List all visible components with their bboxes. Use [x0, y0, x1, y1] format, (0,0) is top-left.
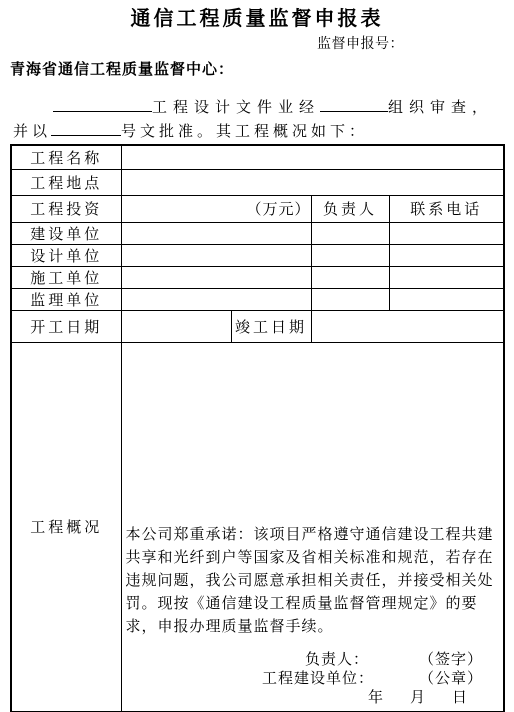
sign-unit-note: （公章） — [419, 671, 483, 687]
table-row: 监理单位 — [11, 288, 504, 310]
project-name-label: 工程名称 — [11, 145, 121, 169]
construct-unit-label: 施工单位 — [11, 266, 121, 288]
build-unit-person-cell[interactable] — [311, 222, 389, 244]
start-date-value-cell[interactable] — [121, 310, 231, 342]
supervise-unit-person-cell[interactable] — [311, 288, 389, 310]
report-number-line: 监督申报号： — [317, 37, 514, 53]
signature-unit-line: 工程建设单位：（公章） — [122, 670, 484, 689]
approval-doc-no-blank[interactable] — [51, 121, 121, 136]
intro-line2-text1: 并以 — [13, 124, 51, 140]
table-row: 施工单位 — [11, 266, 504, 288]
table-row: 工程地点 — [11, 169, 504, 195]
design-unit-value-cell[interactable] — [121, 244, 311, 266]
design-file-blank[interactable] — [53, 97, 152, 112]
build-unit-phone-cell[interactable] — [389, 222, 504, 244]
promise-paragraph: 本公司郑重承诺：该项目严格遵守通信建设工程共建共享和光纤到户等国家及省相关标准和… — [126, 524, 498, 639]
table-row: 工程投资 （万元） 负责人 联系电话 — [11, 195, 504, 222]
finish-date-value-cell[interactable] — [311, 310, 504, 342]
investment-value-cell[interactable]: （万元） — [121, 195, 311, 222]
declaration-form-table: 工程名称 工程地点 工程投资 （万元） 负责人 联系电话 建设单位 设计单位 施… — [10, 144, 505, 712]
construct-unit-person-cell[interactable] — [311, 266, 389, 288]
supervise-unit-label: 监理单位 — [11, 288, 121, 310]
table-row: 设计单位 — [11, 244, 504, 266]
build-unit-label: 建设单位 — [11, 222, 121, 244]
finish-date-label: 竣工日期 — [231, 310, 311, 342]
investment-unit-label: （万元） — [246, 202, 310, 218]
overview-empty-space — [122, 343, 504, 524]
design-unit-phone-cell[interactable] — [389, 244, 504, 266]
project-site-value-cell[interactable] — [121, 169, 504, 195]
page-title: 通信工程质量监督申报表 — [0, 8, 514, 30]
project-name-value-cell[interactable] — [121, 145, 504, 169]
overview-content-cell[interactable]: 本公司郑重承诺：该项目严格遵守通信建设工程共建共享和光纤到户等国家及省相关标准和… — [121, 342, 504, 712]
table-row: 工程概况 本公司郑重承诺：该项目严格遵守通信建设工程共建共享和光纤到户等国家及省… — [11, 342, 504, 712]
document-page: 通信工程质量监督申报表 监督申报号： 青海省通信工程质量监督中心： 工程设计文件… — [0, 0, 514, 712]
overview-label: 工程概况 — [11, 342, 121, 712]
investment-label: 工程投资 — [11, 195, 121, 222]
construct-unit-phone-cell[interactable] — [389, 266, 504, 288]
project-site-label: 工程地点 — [11, 169, 121, 195]
intro-line-2: 并以号文批准。其工程概况如下： — [10, 121, 504, 142]
start-date-label: 开工日期 — [11, 310, 121, 342]
report-number-label: 监督申报号： — [317, 37, 404, 52]
signature-person-line: 负责人：（签字） — [122, 651, 484, 670]
addressee-line: 青海省通信工程质量监督中心： — [10, 62, 514, 79]
intro-line1-text1: 工程设计文件业经 — [152, 100, 320, 116]
sign-person-note: （签字） — [419, 652, 483, 668]
sign-person-label: 负责人： — [305, 652, 369, 668]
design-unit-label: 设计单位 — [11, 244, 121, 266]
date-month-label: 月 — [410, 690, 426, 706]
construct-unit-value-cell[interactable] — [121, 266, 311, 288]
sign-unit-label: 工程建设单位： — [262, 671, 374, 687]
table-row: 开工日期 竣工日期 — [11, 310, 504, 342]
date-year-label: 年 — [368, 690, 384, 706]
intro-paragraph: 工程设计文件业经组织审查， 并以号文批准。其工程概况如下： — [10, 97, 504, 142]
person-column-header: 负责人 — [311, 195, 389, 222]
intro-line2-text2: 号文批准。其工程概况如下： — [121, 124, 368, 140]
supervise-unit-value-cell[interactable] — [121, 288, 311, 310]
table-row: 工程名称 — [11, 145, 504, 169]
supervise-unit-phone-cell[interactable] — [389, 288, 504, 310]
signature-date-line: 年月日 — [122, 689, 484, 708]
date-day-label: 日 — [452, 690, 468, 706]
intro-line-1: 工程设计文件业经组织审查， — [10, 97, 504, 118]
build-unit-value-cell[interactable] — [121, 222, 311, 244]
design-unit-person-cell[interactable] — [311, 244, 389, 266]
phone-column-header: 联系电话 — [389, 195, 504, 222]
review-org-blank[interactable] — [320, 97, 388, 112]
signature-block: 负责人：（签字） 工程建设单位：（公章） 年月日 — [122, 651, 484, 708]
intro-line1-text2: 组织审查， — [388, 100, 493, 116]
table-row: 建设单位 — [11, 222, 504, 244]
